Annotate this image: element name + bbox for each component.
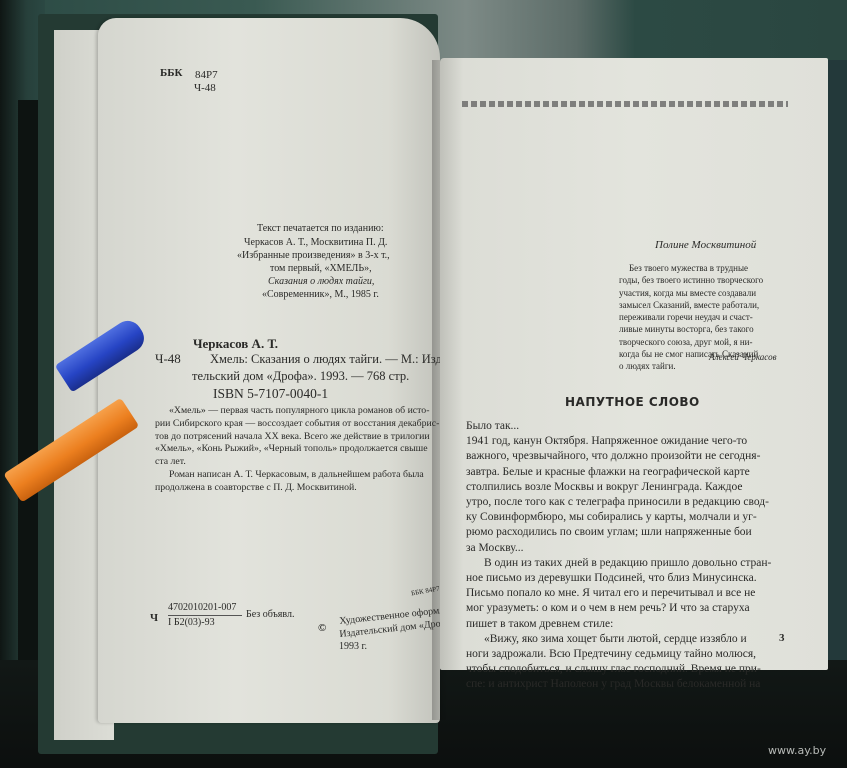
body-line: спе: и антихрист Наполеон у град Москвы … xyxy=(466,677,771,692)
annotation-line: «Хмель», «Конь Рыжий», «Черный тополь» п… xyxy=(155,443,439,456)
bbk-label: ББК xyxy=(160,68,183,79)
annotation-line: тов до потрясений начала XX века. Всего … xyxy=(155,431,439,444)
book-author: Черкасов А. Т. xyxy=(193,337,278,350)
price-code-bottom: I Б2(03)-93 xyxy=(168,618,215,628)
no-ad-note: Без объявл. xyxy=(246,610,294,620)
body-line: столпились возле Москвы и вокруг Ленингр… xyxy=(466,480,771,495)
annotation-line: рии Сибирского края — воссоздает события… xyxy=(155,418,439,431)
source-note-line: «Современник», М., 1985 г. xyxy=(262,290,379,300)
annotation-line: Роман написан А. Т. Черкасовым, в дальне… xyxy=(155,469,439,482)
author-mark: Ч-48 xyxy=(194,83,216,94)
source-note-line: Текст печатается по изданию: xyxy=(257,224,384,234)
catalog-mark: Ч-48 xyxy=(155,352,181,365)
price-code-divider xyxy=(168,615,242,616)
body-line: завтра. Белые и красные флажки на геогра… xyxy=(466,465,771,480)
bbk-code: 84Р7 xyxy=(195,70,218,81)
body-line: Письмо попало ко мне. Я читал его и пере… xyxy=(466,586,771,601)
isbn: ISBN 5-7107-0040-1 xyxy=(213,387,328,401)
body-line: ное письмо из деревушки Подсиней, что бл… xyxy=(466,571,771,586)
copyright-symbol: © xyxy=(318,623,326,634)
dedication-line: о людях тайги. xyxy=(619,360,763,372)
body-line: пишет в таком древнем стиле: xyxy=(466,617,771,632)
annotation: «Хмель» — первая часть популярного цикла… xyxy=(155,405,439,495)
source-note-line: Сказания о людях тайги, xyxy=(268,277,374,287)
chapter-title: НАПУТНОЕ СЛОВО xyxy=(565,396,700,408)
source-note-line: Черкасов А. Т., Москвитина П. Д. xyxy=(244,238,387,248)
body-line: ноги задрожали. Всю Предтечину седьмицу … xyxy=(466,647,771,662)
dedication-signature: Алексей Черкасов xyxy=(709,353,777,362)
source-note-line: том первый, «ХМЕЛЬ», xyxy=(270,264,372,274)
annotation-line: продолжена в соавторстве с П. Д. Москвит… xyxy=(155,482,439,495)
running-header-line xyxy=(462,101,788,107)
body-line: чтобы сподобиться, и слышу глас господни… xyxy=(466,662,771,677)
annotation-line: ста лет. xyxy=(155,456,439,469)
body-line: мог уразуметь: о ком и о чем в нем речь?… xyxy=(466,601,771,616)
price-code-top: 4702010201-007 xyxy=(168,603,236,613)
dedication-line: Без твоего мужества в трудные xyxy=(619,262,763,274)
body-line: утро, после того как с телеграфа приноси… xyxy=(466,495,771,510)
dedication-line: участия, когда мы вместе создавали xyxy=(619,287,763,299)
source-note-line: «Избранные произведения» в 3-х т., xyxy=(237,251,390,261)
watermark: www.ay.by xyxy=(768,744,826,757)
body-line: ку Совинформбюро, мы собирались у карты,… xyxy=(466,510,771,525)
copyright-line: 1993 г. xyxy=(339,642,367,652)
dedication-line: ливые минуты восторга, без такого xyxy=(619,323,763,335)
body-line: за Москву... xyxy=(466,541,771,556)
annotation-line: «Хмель» — первая часть популярного цикла… xyxy=(155,405,439,418)
dedication-line: творческого союза, друг мой, я ни- xyxy=(619,336,763,348)
body-line: важного, чрезвычайного, что должно произ… xyxy=(466,449,771,464)
book-title-line: Хмель: Сказания о людях тайги. — М.: Изд… xyxy=(210,353,452,366)
dedication-recipient: Полине Москвитиной xyxy=(655,240,756,251)
book-title-line: тельский дом «Дрофа». 1993. — 768 стр. xyxy=(192,370,409,383)
dedication-line: переживали горечи неудач и счаст- xyxy=(619,311,763,323)
dedication-line: годы, без твоего истинно творческого xyxy=(619,274,763,286)
body-line: В один из таких дней в редакцию пришло д… xyxy=(466,556,771,571)
chapter-body: Было так... 1941 год, канун Октября. Нап… xyxy=(466,419,771,693)
page-number: 3 xyxy=(779,633,785,644)
body-line: Было так... xyxy=(466,419,771,434)
body-line: «Вижу, яко зима хощет быти лютой, сердце… xyxy=(466,632,771,647)
dedication-line: замысел Сказаний, вместе работали, xyxy=(619,299,763,311)
body-line: 1941 год, канун Октября. Напряженное ожи… xyxy=(466,434,771,449)
price-code-letter: Ч xyxy=(150,613,158,624)
body-line: рюмо расходились по своим углам; шли нап… xyxy=(466,525,771,540)
